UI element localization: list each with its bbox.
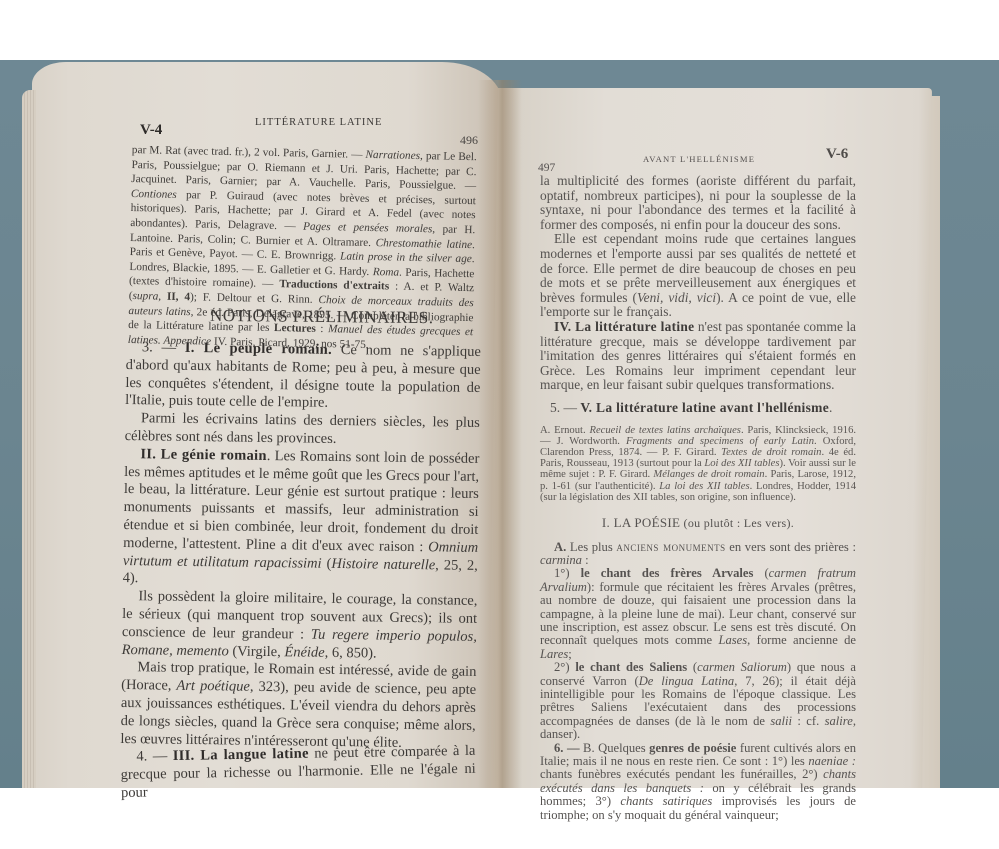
left-running-head: LITTÉRATURE LATINE <box>255 117 382 128</box>
paragraph-langue-latine: 4. — III. La langue latine ne peut être … <box>120 743 476 803</box>
paragraph-rudesse: Elle est cependant moins rude que certai… <box>540 232 856 320</box>
right-body-text: la multiplicité des formes (aoriste diff… <box>540 174 856 822</box>
book-gutter <box>478 80 522 788</box>
paragraph-pratique: Mais trop pratique, le Romain est intére… <box>120 659 476 753</box>
section-title-notions: NOTIONS PRÉLIMINAIRES. <box>210 306 434 328</box>
paragraph-ecrivains: Parmi les écrivains latins des derniers … <box>125 410 480 451</box>
section-heading-avant-hellenisme: 5. — V. La littérature latine avant l'he… <box>540 401 856 416</box>
paragraph-genres-poesie: 6. — B. Quelques genres de poésie furent… <box>540 742 856 822</box>
paragraph-gloire: Ils possèdent la gloire militaire, le co… <box>122 588 478 664</box>
left-page-number: 496 <box>460 133 478 148</box>
paragraph-freres-arvales: 1°) le chant des frères Arvales (carmen … <box>540 567 856 661</box>
paragraph-genie-romain: II. Le génie romain. Les Romains sont lo… <box>123 446 480 593</box>
paragraph-litterature-latine: IV. La littérature latine n'est pas spon… <box>540 320 856 393</box>
right-bibliography: A. Ernout. Recueil de textes latins arch… <box>540 425 856 503</box>
paragraph-continuation: la multiplicité des formes (aoriste diff… <box>540 174 856 232</box>
left-body-text: 3. — I. Le peuple romain. Ce nom ne s'ap… <box>120 339 481 808</box>
right-running-head: AVANT L'HELLÉNISME <box>643 154 755 164</box>
left-section-code: V-4 <box>140 122 162 139</box>
paragraph-peuple-romain: 3. — I. Le peuple romain. Ce nom ne s'ap… <box>125 339 481 415</box>
paragraph-saliens: 2°) le chant des Saliens (carmen Salioru… <box>540 661 856 741</box>
section-heading-poesie: I. LA POÉSIE (ou plutôt : Les vers). <box>540 516 856 531</box>
right-section-code: V-6 <box>826 146 848 163</box>
page-stack-left <box>22 90 36 788</box>
paragraph-anciens-monuments: A. Les plus anciens monuments en vers so… <box>540 541 856 568</box>
